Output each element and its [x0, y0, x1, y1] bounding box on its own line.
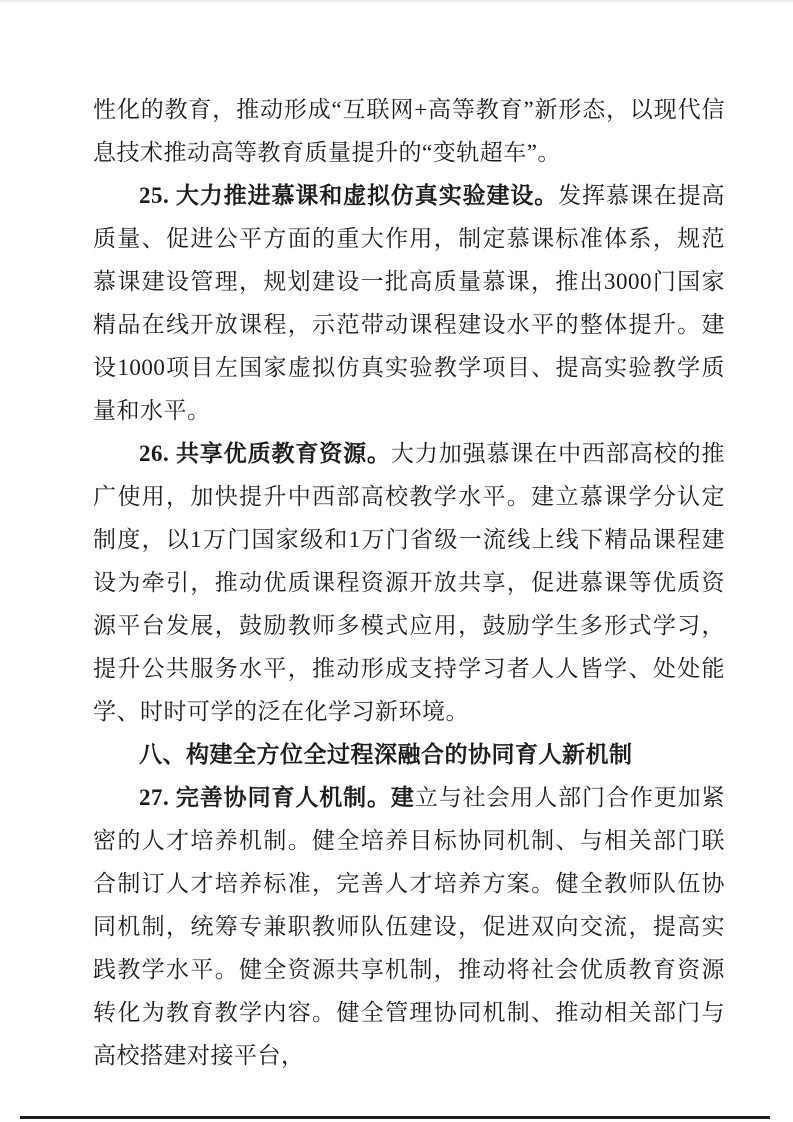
paragraph-lead: 26. 共享优质教育资源。: [139, 441, 391, 466]
paragraph-item-25: 25. 大力推进慕课和虚拟仿真实验建设。发挥慕课在提高质量、促进公平方面的重大作…: [93, 174, 725, 432]
paragraph-lead: 25. 大力推进慕课和虚拟仿真实验建设。: [139, 183, 558, 208]
page-bottom-scan-line: [20, 1116, 770, 1119]
paragraph-text: 立与社会用人部门合作更加紧密的人才培养机制。健全培养目标协同机制、与相关部门联合…: [93, 785, 725, 1068]
page-top-scan-edge: [0, 0, 793, 2]
paragraph-item-26: 26. 共享优质教育资源。大力加强慕课在中西部高校的推广使用，加快提升中西部高校…: [93, 432, 725, 733]
paragraph-text: 大力加强慕课在中西部高校的推广使用，加快提升中西部高校教学水平。建立慕课学分认定…: [93, 441, 725, 724]
paragraph-lead: 27. 完善协同育人机制。建: [139, 785, 415, 810]
paragraph-text: 性化的教育，推动形成“互联网+高等教育”新形态，以现代信息技术推动高等教育质量提…: [93, 97, 725, 165]
paragraph-item-27: 27. 完善协同育人机制。建立与社会用人部门合作更加紧密的人才培养机制。健全培养…: [93, 776, 725, 1077]
section-heading: 八、构建全方位全过程深融合的协同育人新机制: [93, 733, 725, 776]
paragraph-text: 发挥慕课在提高质量、促进公平方面的重大作用，制定慕课标准体系，规范慕课建设管理，…: [93, 183, 725, 423]
paragraph-continuation: 性化的教育，推动形成“互联网+高等教育”新形态，以现代信息技术推动高等教育质量提…: [93, 88, 725, 174]
document-text-block: 性化的教育，推动形成“互联网+高等教育”新形态，以现代信息技术推动高等教育质量提…: [93, 88, 725, 1077]
document-page: 性化的教育，推动形成“互联网+高等教育”新形态，以现代信息技术推动高等教育质量提…: [0, 0, 793, 1122]
